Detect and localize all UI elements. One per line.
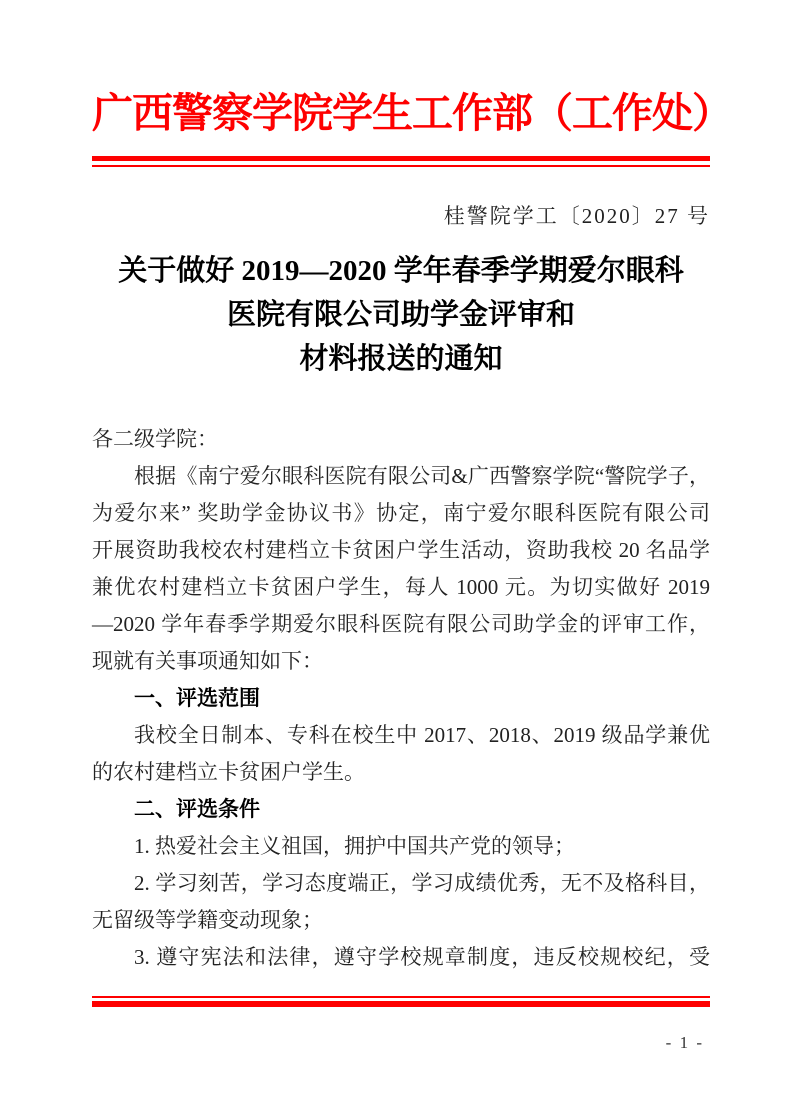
salutation-line: 各二级学院： xyxy=(92,421,710,458)
document-title-line-2: 医院有限公司助学金评审和 xyxy=(92,293,710,337)
list-item-3: 3. 遵守宪法和法律，遵守学校规章制度，违反校规校纪，受 xyxy=(92,939,710,976)
red-double-rule-top xyxy=(92,156,710,167)
body-line: 兼优农村建档立卡贫困户学生，每人 1000 元。为切实做好 2019 xyxy=(92,569,710,606)
rule-thin-bar xyxy=(92,165,710,167)
section-heading-1: 一、评选范围 xyxy=(92,680,710,717)
document-title-line-1: 关于做好 2019—2020 学年春季学期爱尔眼科 xyxy=(92,249,710,293)
document-reference-number: 桂警院学工〔2020〕27 号 xyxy=(92,203,710,229)
body-line: 现就有关事项通知如下： xyxy=(92,643,710,680)
document-title-line-3: 材料报送的通知 xyxy=(92,337,710,381)
red-double-rule-bottom xyxy=(92,996,710,1007)
body-line: 我校全日制本、专科在校生中 2017、2018、2019 级品学兼优 xyxy=(92,717,710,754)
document-title: 关于做好 2019—2020 学年春季学期爱尔眼科 医院有限公司助学金评审和 材… xyxy=(92,249,710,381)
document-body: 各二级学院： 根据《南宁爱尔眼科医院有限公司&广西警察学院“警院学子， 为爱尔来… xyxy=(92,421,710,976)
rule-thick-bar xyxy=(92,1001,710,1007)
list-item-1: 1. 热爱社会主义祖国，拥护中国共产党的领导； xyxy=(92,828,710,865)
body-line: 的农村建档立卡贫困户学生。 xyxy=(92,754,710,791)
page-number: - 1 - xyxy=(92,1033,710,1053)
body-line: 开展资助我校农村建档立卡贫困户学生活动，资助我校 20 名品学 xyxy=(92,532,710,569)
body-line: 无留级等学籍变动现象； xyxy=(92,902,710,939)
red-letterhead-title: 广西警察学院学生工作部（工作处） xyxy=(92,84,710,142)
document-page: 广西警察学院学生工作部（工作处） 桂警院学工〔2020〕27 号 关于做好 20… xyxy=(0,0,794,1108)
list-item-2: 2. 学习刻苦，学习态度端正，学习成绩优秀，无不及格科目， xyxy=(92,865,710,902)
body-line: 根据《南宁爱尔眼科医院有限公司&广西警察学院“警院学子， xyxy=(92,458,710,495)
body-line: —2020 学年春季学期爱尔眼科医院有限公司助学金的评审工作， xyxy=(92,606,710,643)
body-line: 为爱尔来” 奖助学金协议书》协定，南宁爱尔眼科医院有限公司 xyxy=(92,495,710,532)
section-heading-2: 二、评选条件 xyxy=(92,791,710,828)
